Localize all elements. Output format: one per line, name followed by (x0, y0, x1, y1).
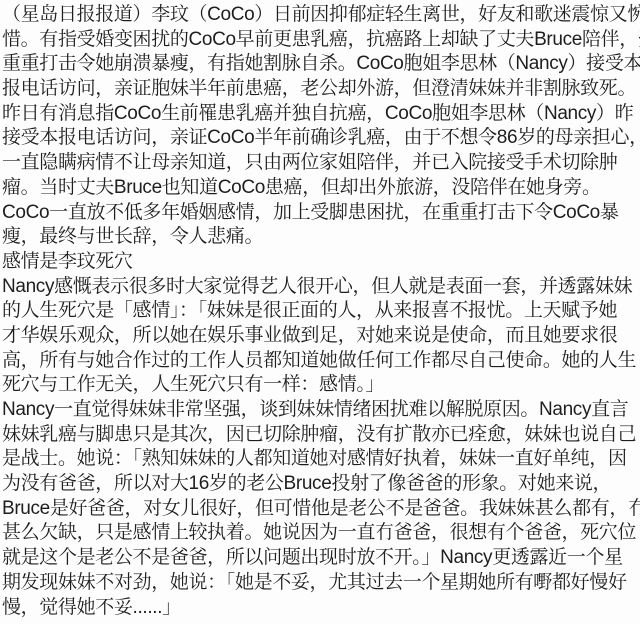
section-heading: 感情是李玟死穴 (2, 250, 640, 275)
article-line: 报电话访问，亲证胞妹半年前患癌，老公却外游，但澄清妹妹并非割脉致死。 (2, 77, 640, 102)
article-line: 妹妹乳癌与脚患只是其次，因已切除肿瘤，没有扩散亦已痊愈，妹妹也说自己 (2, 423, 640, 448)
article-page: （星岛日报报道）李玟（CoCo）日前因抑郁症轻生离世，好友和歌迷震惊又惋 惜。有… (0, 0, 640, 624)
article-line: 甚么欠缺，只是感情上较执着。她说因为一直冇爸爸，很想有个爸爸，死穴位 (2, 521, 640, 546)
article-line: 昨日有消息指CoCo生前罹患乳癌并独自抗癌，CoCo胞姐李思林（Nancy）昨 (2, 102, 640, 127)
article-line: Nancy一直觉得妹妹非常坚强，谈到妹妹情绪困扰难以解脱原因。Nancy直言 (2, 398, 640, 423)
article-line: 为没有爸爸，所以对大16岁的老公Bruce投射了像爸爸的形象。对她来说， (2, 472, 640, 497)
article-line: （星岛日报报道）李玟（CoCo）日前因抑郁症轻生离世，好友和歌迷震惊又惋 (2, 3, 640, 28)
article-line: 死穴与工作无关，人生死穴只有一样：感情。」 (2, 373, 640, 398)
article-line: Nancy感慨表示很多时大家觉得艺人很开心，但人就是表面一套，并透露妹妹 (2, 275, 640, 300)
article-line: 重重打击令她崩溃暴瘦，有指她割脉自杀。CoCo胞姐李思林（Nancy）接受本 (2, 52, 640, 77)
article-line: 才华娱乐观众，所以她在娱乐事业做到足，对她来说是使命，而且她要求很 (2, 324, 640, 349)
article-line: 的人生死穴是「感情」：「妹妹是很正面的人，从来报喜不报忧。上天赋予她 (2, 299, 640, 324)
article-line: 瘦，最终与世长辞，令人悲痛。 (2, 225, 640, 250)
article-line: 就是这个是老公不是爸爸，所以问题出现时放不开。」Nancy更透露近一个星 (2, 546, 640, 571)
article-line: 慢，觉得她不妥......」 (2, 596, 640, 621)
article-line: 是战士。她说：「熟知妹妹的人都知道她对感情好执着，妹妹一直好单纯，因 (2, 447, 640, 472)
article-line: 一直隐瞒病情不让母亲知道，只由两位家姐陪伴，并已入院接受手术切除肿 (2, 151, 640, 176)
article-line: 高，所有与她合作过的工作人员都知道她做任何工作都尽自己使命。她的人生 (2, 349, 640, 374)
article-line: 瘤。当时丈夫Bruce也知道CoCo患癌，但却出外旅游，没陪伴在她身旁。 (2, 176, 640, 201)
article-line: Bruce是好爸爸，对女儿很好，但可惜他是老公不是爸爸。我妹妹甚么都有，冇 (2, 497, 640, 522)
article-line: 惜。有指受婚变困扰的CoCo早前更患乳癌，抗癌路上却缺了丈夫Bruce陪伴，受 (2, 28, 640, 53)
article-line: 接受本报电话访问，亲证CoCo半年前确诊乳癌，由于不想令86岁的母亲担心， (2, 126, 640, 151)
article-line: CoCo一直放不低多年婚姻感情，加上受脚患困扰，在重重打击下令CoCo暴 (2, 201, 640, 226)
article-line: 期发现妹妹不对劲，她说：「她是不妥，尤其过去一个星期她所有嘢都好慢好 (2, 571, 640, 596)
